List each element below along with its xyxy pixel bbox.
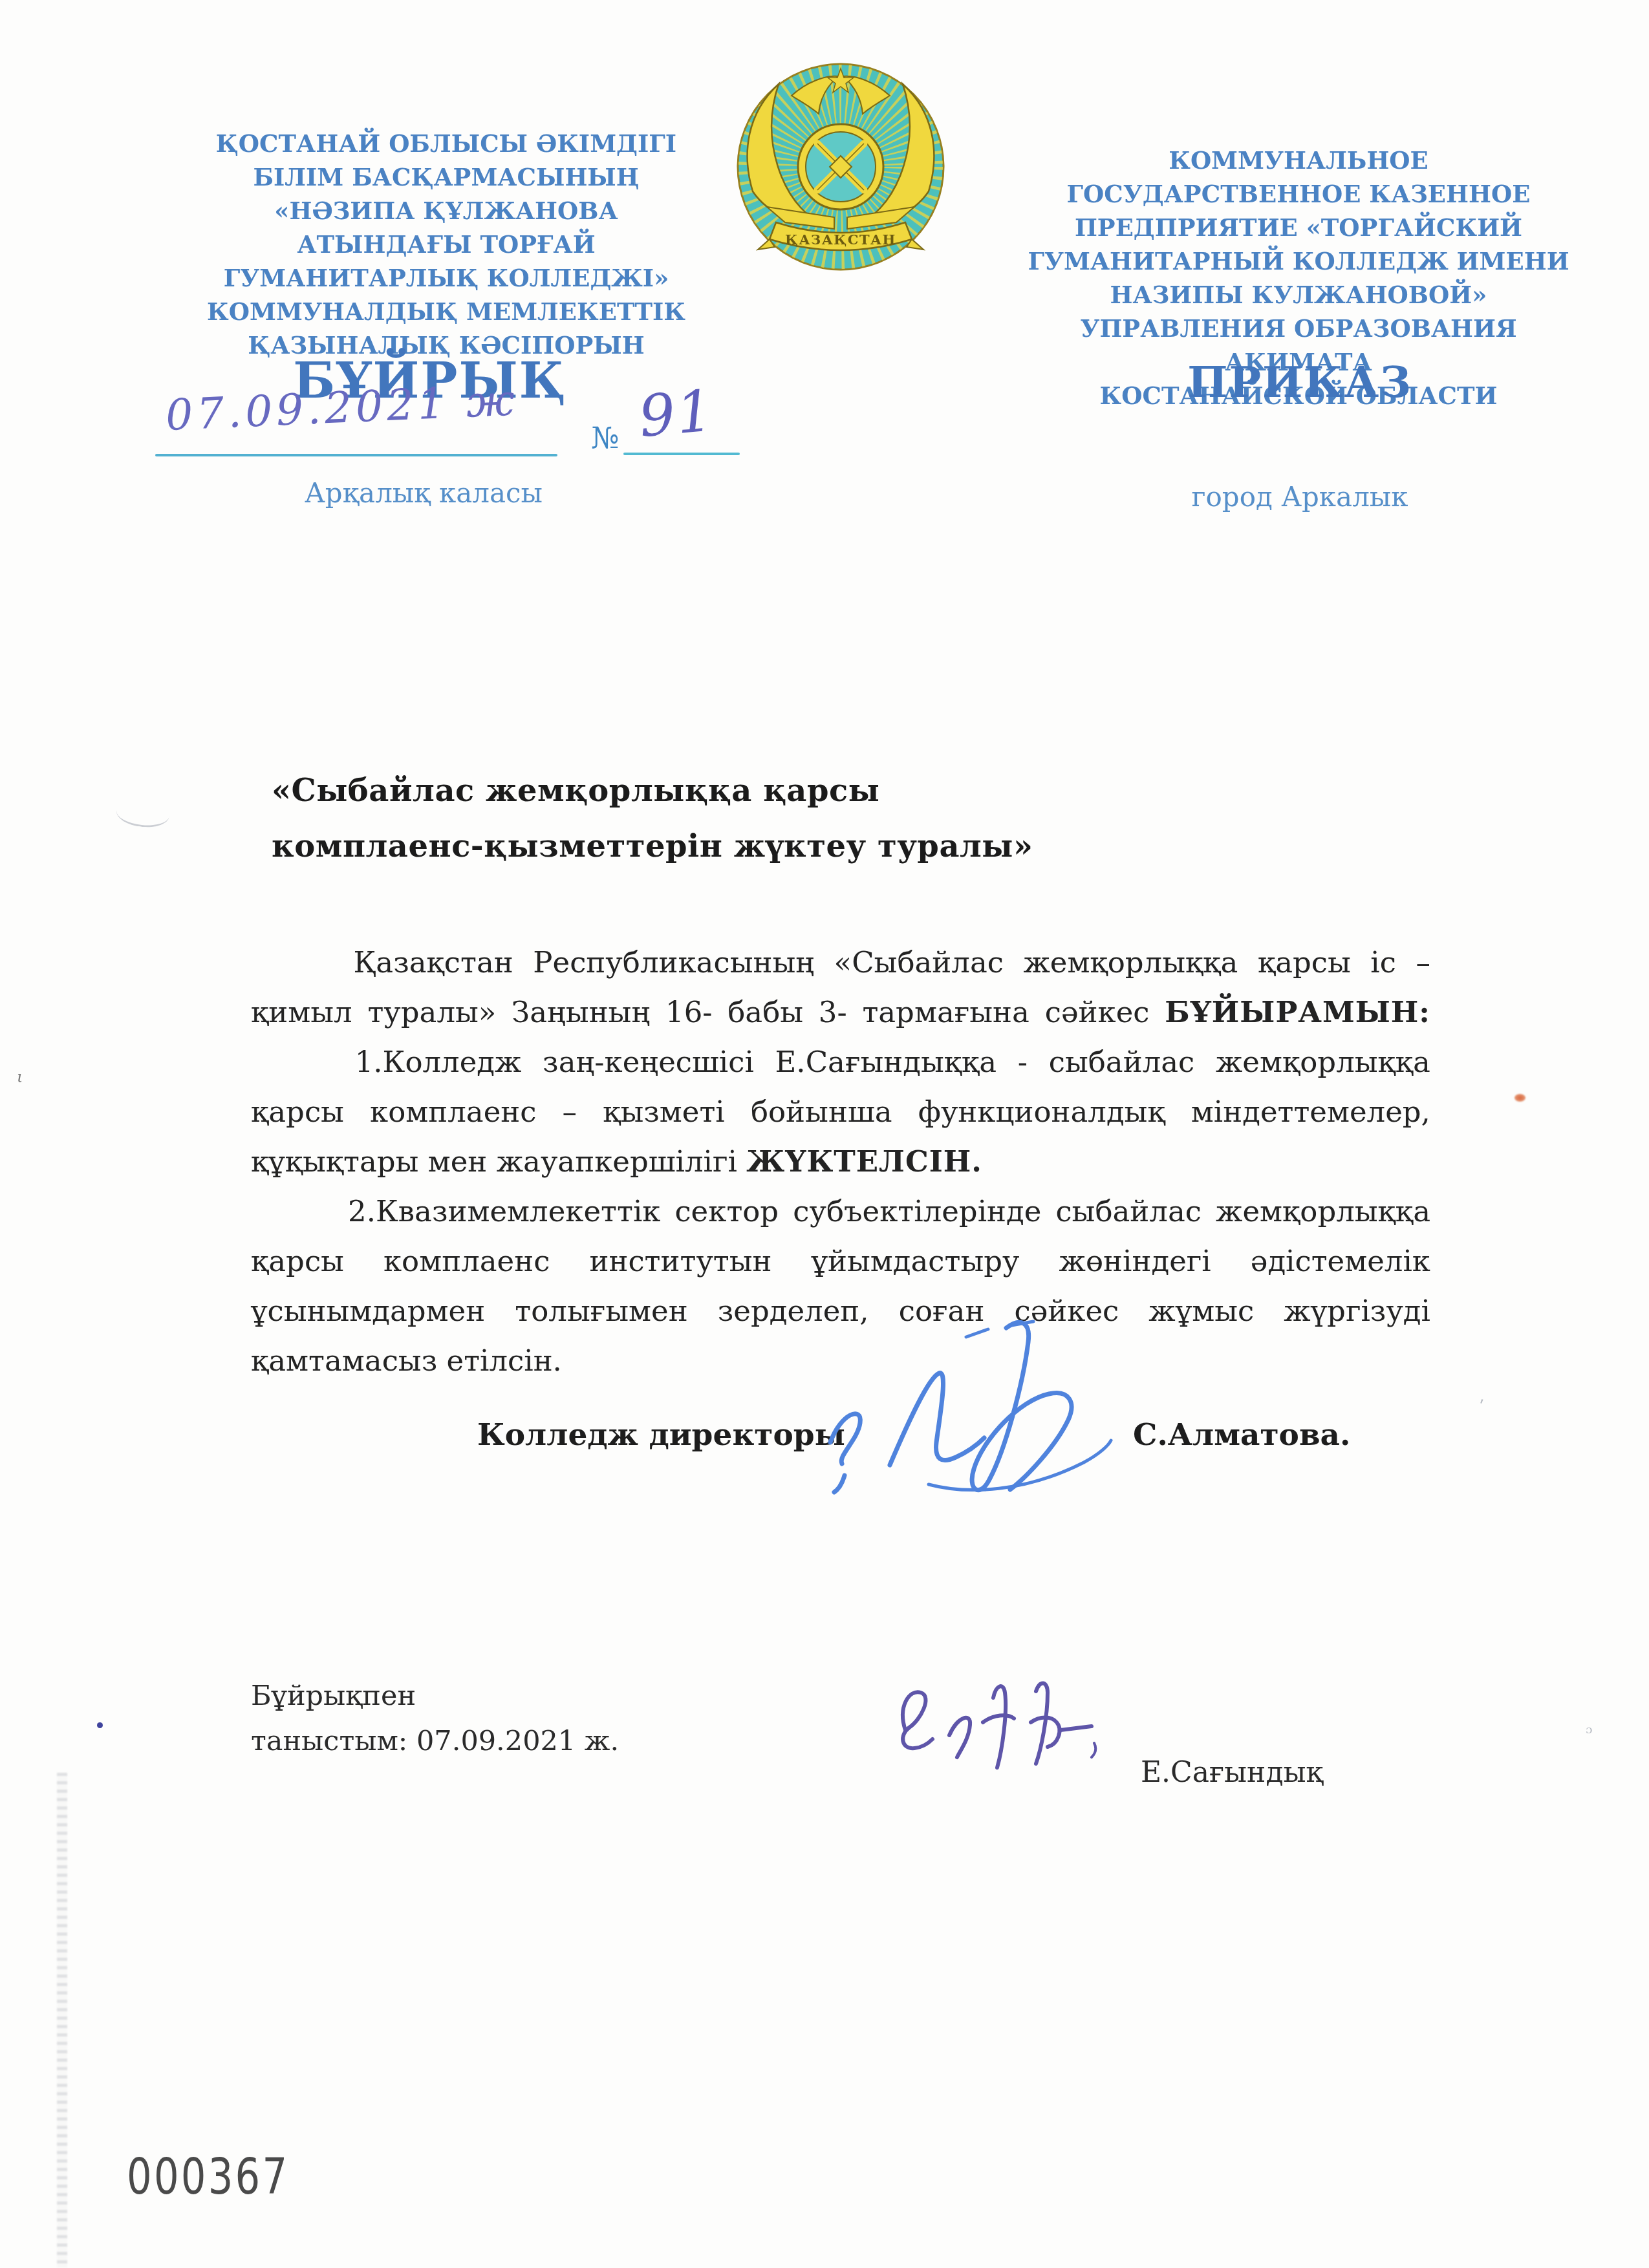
org-name-line: КОММУНАЛЬНОЕ (1006, 144, 1591, 177)
word: Заңының (512, 987, 650, 1037)
body-line: құқықтары мен жауапкершілігі ЖҮКТЕЛСІН. (251, 1137, 1430, 1186)
body-line: ҚазақстанРеспубликасының«Сыбайласжемқорл… (251, 937, 1430, 987)
paragraph-indent (251, 1037, 334, 1087)
page-number-stamp: 000367 (127, 2148, 289, 2205)
word: Е.Сағындыққа (775, 1037, 997, 1087)
org-name-line: ГУМАНИТАРЛЫҚ КОЛЛЕДЖІ» (207, 261, 685, 295)
word: бойынша (751, 1087, 892, 1137)
scanned-order-document: ҚОСТАНАЙ ОБЛЫСЫ ӘКІМДІГІБІЛІМ БАСҚАРМАСЫ… (0, 0, 1649, 2268)
word: жемқорлыққа (1216, 1037, 1430, 1087)
word: институтын (589, 1236, 771, 1286)
body-line: қарсыкомплаенс–қызметібойыншафункционалд… (251, 1087, 1430, 1137)
org-name-line: КОММУНАЛДЫҚ МЕМЛЕКЕТТІК (207, 295, 685, 328)
acknowledgement-line1: Бұйрықпен (251, 1673, 619, 1718)
org-name-line: БІЛІМ БАСҚАРМАСЫНЫҢ (207, 160, 685, 194)
word: жөніндегі (1059, 1236, 1211, 1286)
paragraph-indent (251, 1186, 334, 1236)
scan-artifact-pencil-arc (115, 798, 171, 829)
acknowledgement-line2: таныстым: 07.09.2021 ж. (251, 1718, 619, 1764)
paragraph-indent (251, 937, 334, 987)
word: қарсы (251, 1236, 344, 1286)
scan-artifact-blue-ink-dot (97, 1722, 103, 1728)
word: құқықтары (251, 1144, 418, 1179)
handwritten-date: 07.09.2021 ж (165, 375, 520, 440)
acknowledgement-block: Бұйрықпен таныстым: 07.09.2021 ж. (251, 1673, 619, 1764)
document-title-line2: комплаенс-қызметтерін жүктеу туралы» (272, 818, 1177, 874)
word: - (1018, 1037, 1028, 1087)
scan-artifact-red-ink-dot (1514, 1094, 1525, 1102)
city-kazakh: Арқалық каласы (213, 477, 634, 509)
word: ұйымдастыру (812, 1236, 1020, 1286)
word: жемқорлыққа (1023, 937, 1238, 987)
word: етілсін. (447, 1343, 562, 1378)
acknowledgement-signature-ink (867, 1653, 1099, 1804)
number-underline (623, 453, 740, 455)
word: қимыл (251, 987, 352, 1037)
city-russian: город Аркалык (1099, 481, 1500, 513)
word: Қазақстан (354, 937, 513, 987)
word: қарсы (251, 1087, 344, 1137)
word: 16- (665, 987, 712, 1037)
emblem-banner-text: ҚАЗАҚСТАН (785, 231, 896, 248)
body-line: қимылтуралы»Заңының16-бабы3-тармағынасәй… (251, 987, 1430, 1037)
org-name-line: ПРЕДПРИЯТИЕ «ТОРГАЙСКИЙ (1006, 211, 1591, 244)
word: жүргізуді (1284, 1286, 1430, 1336)
document-title-line1: «Сыбайлас жемқорлыққа қарсы (272, 763, 1177, 818)
word: іс (1370, 937, 1396, 987)
number-sign: № (591, 420, 620, 455)
word: туралы» (367, 987, 496, 1037)
body-line: 2.Квазимемлекеттіксекторсубъектілеріндес… (251, 1186, 1430, 1236)
word: заң-кеңесшісі (543, 1037, 754, 1087)
org-name-line: ГОСУДАРСТВЕННОЕ КАЗЕННОЕ (1006, 177, 1591, 211)
scan-artifact-speck: ʹ (1476, 1398, 1484, 1418)
word: комплаенс (370, 1087, 536, 1137)
word: Республикасының (533, 937, 814, 987)
word: жемқорлыққа (1216, 1186, 1430, 1236)
word: қамтамасыз (251, 1343, 437, 1378)
word: жауапкершілігі (497, 1144, 737, 1179)
word: әдістемелік (1251, 1236, 1430, 1286)
word: – (1416, 937, 1430, 987)
body-line: 1.Колледжзаң-кеңесшісіЕ.Сағындыққа-сыбай… (251, 1037, 1430, 1087)
word: 2.Квазимемлекеттік (348, 1186, 660, 1236)
word: БҰЙЫРАМЫН: (1165, 987, 1430, 1037)
org-name-line: «НӘЗИПА ҚҰЛЖАНОВА (207, 194, 685, 228)
director-signature-ink (812, 1316, 1148, 1519)
word: қызметі (603, 1087, 725, 1137)
word: 3- (819, 987, 847, 1037)
word: субъектілерінде (793, 1186, 1041, 1236)
word: «Сыбайлас (834, 937, 1004, 987)
word: бабы (727, 987, 803, 1037)
word: комплаенс (383, 1236, 550, 1286)
word: міндеттемелер, (1191, 1087, 1430, 1137)
org-name-line: НАЗИПЫ КУЛЖАНОВОЙ» (1006, 278, 1591, 312)
director-signature-label: Колледж директоры (477, 1417, 845, 1453)
word: тармағына (862, 987, 1029, 1037)
kazakhstan-coat-of-arms-icon: ҚАЗАҚСТАН (729, 56, 952, 278)
word: жұмыс (1148, 1286, 1254, 1336)
document-title: «Сыбайлас жемқорлыққа қарсы комплаенс-қы… (272, 763, 1177, 874)
word: сыбайлас (1055, 1186, 1202, 1236)
word: мен (428, 1144, 488, 1179)
handwritten-order-number: 91 (636, 377, 717, 450)
word: сәйкес (1045, 987, 1150, 1037)
acknowledged-by-name: Е.Сағындық (1141, 1756, 1323, 1789)
word: ұсынымдармен (251, 1286, 485, 1336)
body-line: қарсыкомплаенсинститутынұйымдастыружөнін… (251, 1236, 1430, 1286)
date-underline (155, 454, 557, 456)
word: 1.Колледж (355, 1037, 522, 1087)
word: ЖҮКТЕЛСІН. (746, 1144, 982, 1179)
word: – (563, 1087, 577, 1137)
org-name-kazakh: ҚОСТАНАЙ ОБЛЫСЫ ӘКІМДІГІБІЛІМ БАСҚАРМАСЫ… (207, 127, 685, 362)
word: сыбайлас (1049, 1037, 1195, 1087)
word: функционалдық (918, 1087, 1165, 1137)
director-name: С.Алматова. (1133, 1417, 1350, 1453)
word: қарсы (1258, 937, 1351, 987)
org-name-line: АТЫНДАҒЫ ТОРҒАЙ (207, 228, 685, 261)
order-word-russian: ПРИКАЗ (1132, 357, 1468, 407)
word: толығымен (515, 1286, 687, 1336)
org-name-line: ГУМАНИТАРНЫЙ КОЛЛЕДЖ ИМЕНИ (1006, 244, 1591, 278)
scan-artifact-pencil-mark: ι (17, 1068, 23, 1086)
scan-artifact-speck: ᵓ (1586, 1722, 1592, 1745)
word: сектор (674, 1186, 779, 1236)
scan-artifact-bleedthrough-strip (57, 1773, 67, 2268)
org-name-line: ҚОСТАНАЙ ОБЛЫСЫ ӘКІМДІГІ (207, 127, 685, 160)
